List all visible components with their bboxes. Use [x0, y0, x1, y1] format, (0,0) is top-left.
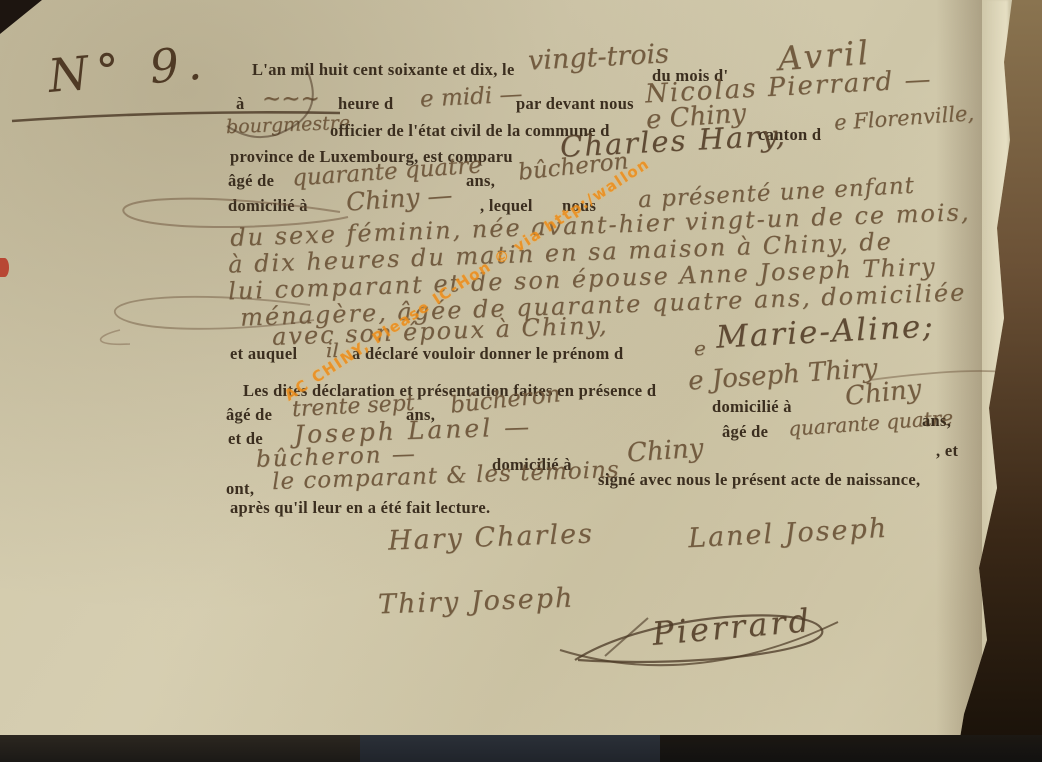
printed-text: L'an mil huit cent soixante et dix, le: [252, 60, 515, 80]
signature-witness2: Thiry Joseph: [378, 583, 575, 621]
printed-text: a déclaré vouloir donner le prénom d: [352, 344, 623, 364]
printed-text: à: [236, 94, 245, 114]
handwritten-child-name: Marie-Aline;: [715, 308, 935, 355]
record-number: N° 9.: [46, 35, 212, 103]
scan-bottom-strip: [660, 735, 1042, 762]
paper-page: N° 9. L'an mil huit cent soixante et dix…: [0, 0, 1042, 762]
red-edge-mark: [0, 258, 9, 277]
printed-text: âgé de: [722, 422, 768, 442]
officer-signature-flourish: [605, 618, 648, 656]
printed-text: après qu'il leur en a été fait lecture.: [230, 498, 490, 518]
printed-text: âgé de: [228, 171, 274, 191]
register-page-scan: N° 9. L'an mil huit cent soixante et dix…: [0, 0, 1042, 762]
printed-text: ans,: [922, 411, 951, 431]
handwritten-text: e: [694, 336, 706, 360]
handwritten-witness1-domicile: Chiny: [844, 374, 923, 412]
flourish-stroke: [101, 330, 130, 344]
signature-officer: Pierrard: [651, 601, 814, 653]
handwritten-witness2-domicile: Chiny: [626, 433, 704, 468]
handwritten-day: vingt-trois: [527, 38, 669, 76]
printed-text: ont,: [226, 479, 254, 499]
printed-text: , et: [936, 441, 958, 461]
printed-text: par devant nous: [516, 94, 634, 114]
printed-text: ans,: [466, 171, 495, 191]
printed-text: et auquel: [230, 344, 297, 364]
handwritten-domicile: Chiny —: [345, 180, 453, 216]
signature-declarant: Hary Charles: [388, 518, 595, 556]
handwritten-hour: e midi —: [419, 81, 523, 112]
printed-text: domicilié à: [228, 196, 308, 216]
handwritten-squiggle: ~~~: [262, 86, 320, 112]
printed-text: âgé de: [226, 405, 272, 425]
printed-text: domicilié à: [712, 397, 792, 417]
printed-text: signé avec nous le présent acte de naiss…: [598, 470, 920, 490]
signature-witness1: Lanel Joseph: [687, 513, 889, 554]
scan-bottom-strip: [360, 735, 660, 762]
scan-bottom-strip: [0, 735, 360, 762]
